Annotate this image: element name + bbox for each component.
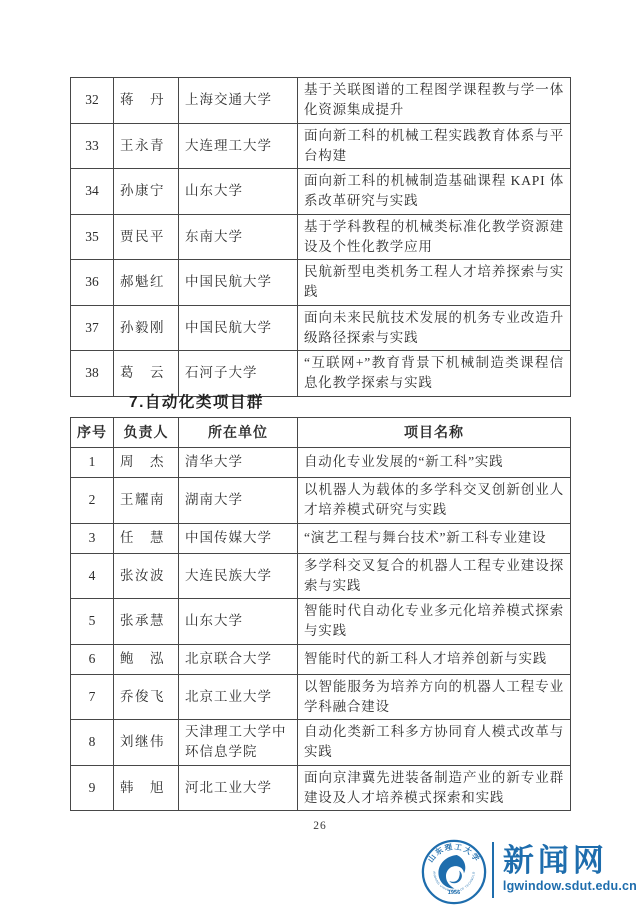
table-row: 5 张承慧 山东大学 智能时代自动化专业多元化培养模式探索与实践	[71, 599, 571, 645]
cell-name: 任 慧	[114, 523, 179, 553]
news-site-url: lgwindow.sdut.edu.cn	[503, 879, 637, 893]
cell-project: 智能时代的新工科人才培养创新与实践	[298, 644, 571, 674]
cell-no: 2	[71, 478, 114, 524]
header-name: 负责人	[114, 418, 179, 448]
cell-no: 36	[71, 260, 114, 306]
table-row: 3 任 慧 中国传媒大学 “演艺工程与舞台技术”新工科专业建设	[71, 523, 571, 553]
svg-text:1956: 1956	[448, 890, 461, 896]
watermark-text-block: 新闻网 lgwindow.sdut.edu.cn	[503, 845, 637, 899]
cell-name: 张承慧	[114, 599, 179, 645]
cell-org: 北京工业大学	[179, 674, 298, 720]
cell-name: 郝魁红	[114, 260, 179, 306]
cell-name: 王永青	[114, 123, 179, 169]
header-org: 所在单位	[179, 418, 298, 448]
cell-org: 山东大学	[179, 599, 298, 645]
cell-project: 面向京津冀先进装备制造产业的新专业群建设及人才培养模式探索和实践	[298, 765, 571, 811]
table-row: 8 刘继伟 天津理工大学中环信息学院 自动化类新工科多方协同育人模式改革与实践	[71, 720, 571, 766]
section-heading: 7.自动化类项目群	[129, 390, 264, 412]
mechanical-projects-table: 32 蒋 丹 上海交通大学 基于关联图谱的工程图学课程教与学一体化资源集成提升 …	[70, 77, 571, 397]
cell-no: 3	[71, 523, 114, 553]
cell-no: 1	[71, 448, 114, 478]
cell-name: 周 杰	[114, 448, 179, 478]
cell-no: 38	[71, 351, 114, 397]
cell-org: 大连民族大学	[179, 553, 298, 599]
cell-org: 湖南大学	[179, 478, 298, 524]
cell-no: 8	[71, 720, 114, 766]
table-row: 33 王永青 大连理工大学 面向新工科的机械工程实践教育体系与平台构建	[71, 123, 571, 169]
cell-no: 5	[71, 599, 114, 645]
cell-project: 民航新型电类机务工程人才培养探索与实践	[298, 260, 571, 306]
cell-no: 37	[71, 305, 114, 351]
cell-org: 大连理工大学	[179, 123, 298, 169]
cell-project: “演艺工程与舞台技术”新工科专业建设	[298, 523, 571, 553]
news-site-title: 新闻网	[503, 845, 637, 878]
cell-no: 34	[71, 169, 114, 215]
cell-org: 上海交通大学	[179, 78, 298, 124]
cell-project: 多学科交叉复合的机器人工程专业建设探索与实践	[298, 553, 571, 599]
table-row: 2 王耀南 湖南大学 以机器人为载体的多学科交叉创新创业人才培养模式研究与实践	[71, 478, 571, 524]
cell-no: 32	[71, 78, 114, 124]
cell-org: 中国民航大学	[179, 260, 298, 306]
cell-no: 35	[71, 214, 114, 260]
watermark-divider	[492, 842, 494, 898]
cell-project: 自动化类新工科多方协同育人模式改革与实践	[298, 720, 571, 766]
cell-no: 4	[71, 553, 114, 599]
table-row: 6 鲍 泓 北京联合大学 智能时代的新工科人才培养创新与实践	[71, 644, 571, 674]
cell-name: 孙康宁	[114, 169, 179, 215]
cell-no: 33	[71, 123, 114, 169]
cell-name: 张汝波	[114, 553, 179, 599]
cell-project: 基于关联图谱的工程图学课程教与学一体化资源集成提升	[298, 78, 571, 124]
automation-projects-table: 序号 负责人 所在单位 项目名称 1 周 杰 清华大学 自动化专业发展的“新工科…	[70, 417, 571, 811]
table-row: 7 乔俊飞 北京工业大学 以智能服务为培养方向的机器人工程专业学科融合建设	[71, 674, 571, 720]
news-watermark: 山东理工大学 SHANDONG UNIVERSITY OF TECHNOLOGY…	[421, 839, 637, 905]
cell-org: 中国传媒大学	[179, 523, 298, 553]
table-row: 32 蒋 丹 上海交通大学 基于关联图谱的工程图学课程教与学一体化资源集成提升	[71, 78, 571, 124]
table-row: 36 郝魁红 中国民航大学 民航新型电类机务工程人才培养探索与实践	[71, 260, 571, 306]
cell-name: 蒋 丹	[114, 78, 179, 124]
cell-name: 刘继伟	[114, 720, 179, 766]
cell-no: 7	[71, 674, 114, 720]
cell-project: 面向新工科的机械制造基础课程 KAPI 体系改革研究与实践	[298, 169, 571, 215]
table-row: 4 张汝波 大连民族大学 多学科交叉复合的机器人工程专业建设探索与实践	[71, 553, 571, 599]
cell-name: 鲍 泓	[114, 644, 179, 674]
table-row: 9 韩 旭 河北工业大学 面向京津冀先进装备制造产业的新专业群建设及人才培养模式…	[71, 765, 571, 811]
table-row: 34 孙康宁 山东大学 面向新工科的机械制造基础课程 KAPI 体系改革研究与实…	[71, 169, 571, 215]
cell-project: 基于学科教程的机械类标准化教学资源建设及个性化教学应用	[298, 214, 571, 260]
cell-project: “互联网+”教育背景下机械制造类课程信息化教学探索与实践	[298, 351, 571, 397]
cell-org: 河北工业大学	[179, 765, 298, 811]
header-no: 序号	[71, 418, 114, 448]
cell-name: 贾民平	[114, 214, 179, 260]
cell-org: 东南大学	[179, 214, 298, 260]
table-row: 1 周 杰 清华大学 自动化专业发展的“新工科”实践	[71, 448, 571, 478]
cell-name: 乔俊飞	[114, 674, 179, 720]
seal-swirl-inner	[449, 871, 462, 884]
header-project: 项目名称	[298, 418, 571, 448]
cell-no: 6	[71, 644, 114, 674]
cell-project: 面向未来民航技术发展的机务专业改造升级路径探索与实践	[298, 305, 571, 351]
cell-project: 以机器人为载体的多学科交叉创新创业人才培养模式研究与实践	[298, 478, 571, 524]
table-header-row: 序号 负责人 所在单位 项目名称	[71, 418, 571, 448]
table-row: 35 贾民平 东南大学 基于学科教程的机械类标准化教学资源建设及个性化教学应用	[71, 214, 571, 260]
cell-project: 面向新工科的机械工程实践教育体系与平台构建	[298, 123, 571, 169]
sdut-seal-icon: 山东理工大学 SHANDONG UNIVERSITY OF TECHNOLOGY…	[421, 839, 487, 905]
page-number: 26	[0, 820, 640, 832]
cell-org: 北京联合大学	[179, 644, 298, 674]
cell-no: 9	[71, 765, 114, 811]
cell-project: 自动化专业发展的“新工科”实践	[298, 448, 571, 478]
cell-name: 孙毅刚	[114, 305, 179, 351]
cell-name: 王耀南	[114, 478, 179, 524]
cell-org: 天津理工大学中环信息学院	[179, 720, 298, 766]
cell-org: 清华大学	[179, 448, 298, 478]
cell-org: 中国民航大学	[179, 305, 298, 351]
cell-name: 韩 旭	[114, 765, 179, 811]
cell-org: 山东大学	[179, 169, 298, 215]
seal-swirl	[438, 855, 465, 888]
table-row: 37 孙毅刚 中国民航大学 面向未来民航技术发展的机务专业改造升级路径探索与实践	[71, 305, 571, 351]
cell-project: 智能时代自动化专业多元化培养模式探索与实践	[298, 599, 571, 645]
cell-project: 以智能服务为培养方向的机器人工程专业学科融合建设	[298, 674, 571, 720]
